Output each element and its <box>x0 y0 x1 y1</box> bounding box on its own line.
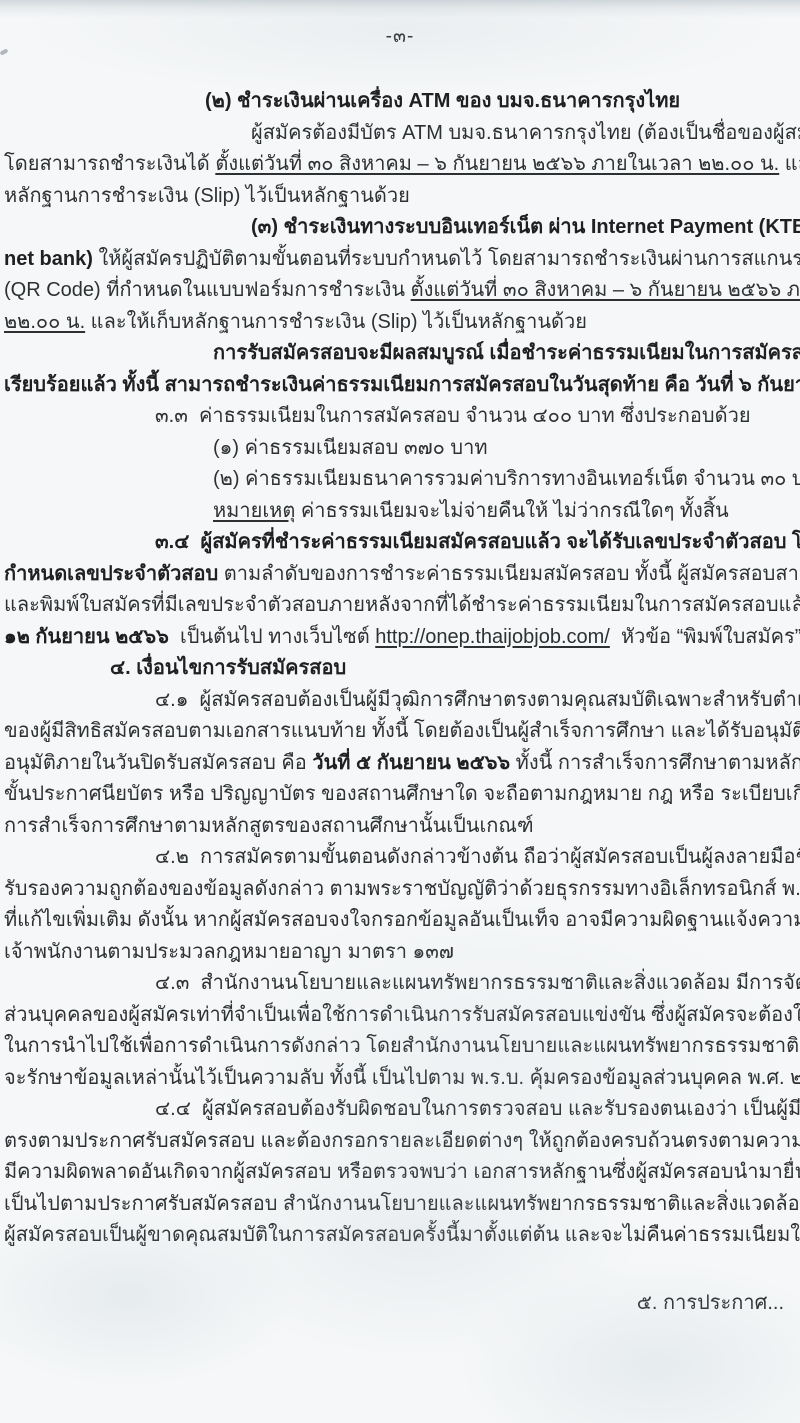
text-line: หลักฐานการชำระเงิน (Slip) ไว้เป็นหลักฐาน… <box>0 181 800 213</box>
page-number: -๓- <box>0 22 800 52</box>
text-run: ในการนำไปใช้เพื่อการดำเนินการดังกล่าว โด… <box>4 1035 800 1057</box>
text-line: ในการนำไปใช้เพื่อการดำเนินการดังกล่าว โด… <box>0 1031 800 1063</box>
text-run: ผู้สมัครสอบเป็นผู้ขาดคุณสมบัติในการสมัคร… <box>4 1224 800 1246</box>
text-run: ตั้งแต่วันที่ ๓๐ สิงหาคม – ๖ กันยายน ๒๕๖… <box>215 153 779 175</box>
document-lines: (๒) ชำระเงินผ่านเครื่อง ATM ของ บมจ.ธนาค… <box>0 86 800 1252</box>
text-line: ตรงตามประกาศรับสมัครสอบ และต้องกรอกรายละ… <box>0 1126 800 1158</box>
text-run: ขั้นประกาศนียบัตร หรือ ปริญญาบัตร ของสถา… <box>4 783 800 805</box>
text-line: ที่แก้ไขเพิ่มเติม ดังนั้น หากผู้สมัครสอบ… <box>0 905 800 937</box>
fee-bank-line: (๒) ค่าธรรมเนียมธนาคารรวมค่าบริการทางอิน… <box>0 464 800 496</box>
text-run: (QR Code) ที่กำหนดในแบบฟอร์มการชำระเงิน <box>4 279 411 301</box>
text-run: ๔. เงื่อนไขการรับสมัครสอบ <box>110 657 346 679</box>
text-run: อนุมัติภายในวันปิดรับสมัครสอบ คือ <box>4 752 312 774</box>
text-run: ๑๒ กันยายน ๒๕๖๖ <box>4 626 169 648</box>
text-run: การรับสมัครสอบจะมีผลสมบูรณ์ เมื่อชำระค่า… <box>213 342 800 364</box>
text-run: เป็นไปตามประกาศรับสมัครสอบ สำนักงานนโยบา… <box>4 1193 800 1215</box>
text-run: ตั้งแต่วันที่ ๓๐ สิงหาคม – ๖ กันยายน ๒๕๖… <box>411 279 800 301</box>
text-line: การสำเร็จการศึกษาตามหลักสูตรของสถานศึกษา… <box>0 811 800 843</box>
text-line: ผู้สมัครต้องมีบัตร ATM บมจ.ธนาคารกรุงไทย… <box>0 118 800 150</box>
text-run: ให้ผู้สมัครปฏิบัติตามขั้นตอนที่ระบบกำหนด… <box>93 248 800 270</box>
payment-method-2-heading: (๒) ชำระเงินผ่านเครื่อง ATM ของ บมจ.ธนาค… <box>0 86 800 118</box>
text-run: หมายเหตุ <box>213 500 295 522</box>
text-line: net bank) ให้ผู้สมัครปฏิบัติตามขั้นตอนที… <box>0 244 800 276</box>
text-run: ๔.๔ ผู้สมัครสอบต้องรับผิดชอบในการตรวจสอบ… <box>155 1098 800 1120</box>
scan-edge-artifact <box>0 0 800 18</box>
text-run: เจ้าพนักงานตามประมวลกฎหมายอาญา มาตรา ๑๓๗ <box>4 941 454 963</box>
text-line: จะรักษาข้อมูลเหล่านั้นไว้เป็นความลับ ทั้… <box>0 1063 800 1095</box>
text-line: ๔.๒ การสมัครตามขั้นตอนดังกล่าวข้างต้น ถื… <box>0 842 800 874</box>
text-run: การสำเร็จการศึกษาตามหลักสูตรของสถานศึกษา… <box>4 815 534 837</box>
text-run: (๓) ชำระเงินทางระบบอินเทอร์เน็ต ผ่าน Int… <box>251 216 800 238</box>
text-line: ๔.๔ ผู้สมัครสอบต้องรับผิดชอบในการตรวจสอบ… <box>0 1094 800 1126</box>
text-run: เป็นต้นไป ทางเว็บไซต์ <box>169 626 375 648</box>
text-line: ๓.๔ ผู้สมัครที่ชำระค่าธรรมเนียมสมัครสอบแ… <box>0 527 800 559</box>
text-run: ส่วนบุคคลของผู้สมัครเท่าที่จำเป็นเพื่อใช… <box>4 1004 800 1026</box>
text-run: ที่แก้ไขเพิ่มเติม ดังนั้น หากผู้สมัครสอบ… <box>4 909 800 931</box>
text-run: หลักฐานการชำระเงิน (Slip) ไว้เป็นหลักฐาน… <box>4 185 410 207</box>
text-line: กำหนดเลขประจำตัวสอบ ตามลำดับของการชำระค่… <box>0 559 800 591</box>
fee-note-line: หมายเหตุ ค่าธรรมเนียมจะไม่จ่ายคืนให้ ไม่… <box>0 496 800 528</box>
text-run: net bank) <box>4 248 93 270</box>
text-run: และให้เก็บหลักฐานการชำระเงิน (Slip) ไว้เ… <box>85 311 587 333</box>
text-run: ตรงตามประกาศรับสมัครสอบ และต้องกรอกรายละ… <box>4 1130 800 1152</box>
scanned-document-page: -๓- (๒) ชำระเงินผ่านเครื่อง ATM ของ บมจ.… <box>0 0 800 1423</box>
fee-total-line: ๓.๓ ค่าธรรมเนียมในการสมัครสอบ จำนวน ๔๐๐ … <box>0 401 800 433</box>
text-run: ๓.๓ ค่าธรรมเนียมในการสมัครสอบ จำนวน ๔๐๐ … <box>155 405 751 427</box>
text-run: (๒) ชำระเงินผ่านเครื่อง ATM ของ บมจ.ธนาค… <box>205 90 680 112</box>
text-line: ขั้นประกาศนียบัตร หรือ ปริญญาบัตร ของสถา… <box>0 779 800 811</box>
text-run: ตามลำดับของการชำระค่าธรรมเนียมสมัครสอบ ท… <box>218 563 800 585</box>
payment-method-3-heading: (๓) ชำระเงินทางระบบอินเทอร์เน็ต ผ่าน Int… <box>0 212 800 244</box>
text-run: ๔.๒ การสมัครตามขั้นตอนดังกล่าวข้างต้น ถื… <box>155 846 800 868</box>
text-line: ๔.๓ สำนักงานนโยบายและแผนทรัพยากรธรรมชาติ… <box>0 968 800 1000</box>
fee-exam-line: (๑) ค่าธรรมเนียมสอบ ๓๗๐ บาท <box>0 433 800 465</box>
text-line: ของผู้มีสิทธิสมัครสอบตามเอกสารแนบท้าย ทั… <box>0 716 800 748</box>
text-line: ผู้สมัครสอบเป็นผู้ขาดคุณสมบัติในการสมัคร… <box>0 1220 800 1252</box>
text-run: ๔.๑ ผู้สมัครสอบต้องเป็นผู้มีวุฒิการศึกษา… <box>155 689 800 711</box>
text-line: รับรองความถูกต้องของข้อมูลดังกล่าว ตามพร… <box>0 874 800 906</box>
text-run: (๒) ค่าธรรมเนียมธนาคารรวมค่าบริการทางอิน… <box>213 468 800 490</box>
text-run: ค่าธรรมเนียมจะไม่จ่ายคืนให้ ไม่ว่ากรณีใด… <box>295 500 728 522</box>
text-run: ๓.๔ ผู้สมัครที่ชำระค่าธรรมเนียมสมัครสอบแ… <box>155 531 800 553</box>
text-run: โดยสามารถชำระเงินได้ <box>4 153 215 175</box>
application-url: http://onep.thaijobjob.com/ <box>375 626 610 648</box>
text-line: เรียบร้อยแล้ว ทั้งนี้ สามารถชำระเงินค่าธ… <box>0 370 800 402</box>
text-run: (๑) ค่าธรรมเนียมสอบ ๓๗๐ บาท <box>213 437 488 459</box>
text-line: อนุมัติภายในวันปิดรับสมัครสอบ คือ วันที่… <box>0 748 800 780</box>
text-line: ๒๒.๐๐ น. และให้เก็บหลักฐานการชำระเงิน (S… <box>0 307 800 339</box>
text-run: และให้เก็บ <box>779 153 800 175</box>
text-run: ผู้สมัครต้องมีบัตร ATM บมจ.ธนาคารกรุงไทย… <box>251 122 800 144</box>
text-line: (QR Code) ที่กำหนดในแบบฟอร์มการชำระเงิน … <box>0 275 800 307</box>
text-run: ของผู้มีสิทธิสมัครสอบตามเอกสารแนบท้าย ทั… <box>4 720 800 742</box>
text-line: มีความผิดพลาดอันเกิดจากผู้สมัครสอบ หรือต… <box>0 1157 800 1189</box>
text-run: ๔.๓ สำนักงานนโยบายและแผนทรัพยากรธรรมชาติ… <box>155 972 800 994</box>
section-4-heading: ๔. เงื่อนไขการรับสมัครสอบ <box>0 653 800 685</box>
text-run: หัวข้อ “พิมพ์ใบสมัคร” <box>610 626 800 648</box>
text-line: เจ้าพนักงานตามประมวลกฎหมายอาญา มาตรา ๑๓๗ <box>0 937 800 969</box>
text-line: การรับสมัครสอบจะมีผลสมบูรณ์ เมื่อชำระค่า… <box>0 338 800 370</box>
text-run: มีความผิดพลาดอันเกิดจากผู้สมัครสอบ หรือต… <box>4 1161 800 1183</box>
text-run: จะรักษาข้อมูลเหล่านั้นไว้เป็นความลับ ทั้… <box>4 1067 800 1089</box>
text-line: ส่วนบุคคลของผู้สมัครเท่าที่จำเป็นเพื่อใช… <box>0 1000 800 1032</box>
text-line: ๔.๑ ผู้สมัครสอบต้องเป็นผู้มีวุฒิการศึกษา… <box>0 685 800 717</box>
text-run: ๒๒.๐๐ น. <box>4 311 85 333</box>
text-run: กำหนดเลขประจำตัวสอบ <box>4 563 218 585</box>
text-run: วันที่ ๕ กันยายน ๒๕๖๖ <box>312 752 510 774</box>
text-run: ทั้งนี้ การสำเร็จการศึกษาตามหลักสูตร <box>510 752 800 774</box>
print-application-line: ๑๒ กันยายน ๒๕๖๖ เป็นต้นไป ทางเว็บไซต์ ht… <box>0 622 800 654</box>
document-content: -๓- (๒) ชำระเงินผ่านเครื่อง ATM ของ บมจ.… <box>0 22 800 1319</box>
text-run: เรียบร้อยแล้ว ทั้งนี้ สามารถชำระเงินค่าธ… <box>4 374 800 396</box>
text-line: โดยสามารถชำระเงินได้ ตั้งแต่วันที่ ๓๐ สิ… <box>0 149 800 181</box>
text-run: รับรองความถูกต้องของข้อมูลดังกล่าว ตามพร… <box>4 878 800 900</box>
continuation-marker: ๕. การประกาศ... <box>0 1288 800 1319</box>
text-line: และพิมพ์ใบสมัครที่มีเลขประจำตัวสอบภายหลั… <box>0 590 800 622</box>
text-line: เป็นไปตามประกาศรับสมัครสอบ สำนักงานนโยบา… <box>0 1189 800 1221</box>
text-run: และพิมพ์ใบสมัครที่มีเลขประจำตัวสอบภายหลั… <box>4 594 800 616</box>
